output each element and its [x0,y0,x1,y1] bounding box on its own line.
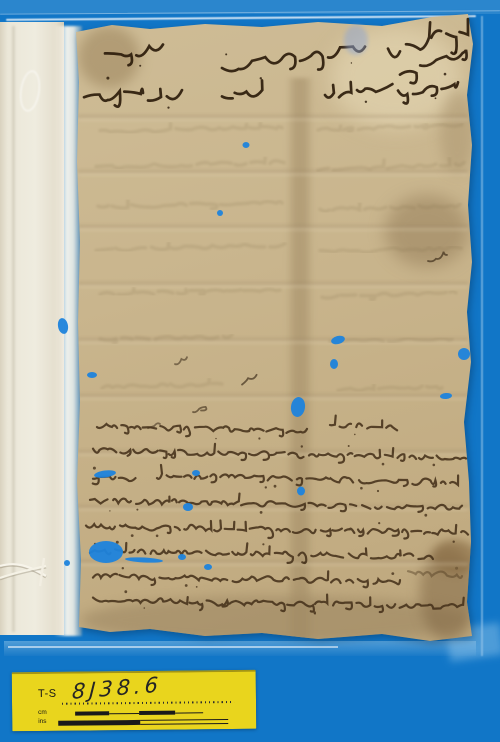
blue-repair-spot [330,359,338,369]
manuscript-photo: T-S 8J38.6 cm ins [0,0,500,742]
script-line-faint [100,288,280,295]
inch-scale-bar [140,723,228,725]
script-line-mark [193,407,206,412]
blue-repair-spot [183,503,193,511]
cm-scale-bar [75,711,109,715]
blue-repair-spot [217,210,223,216]
cm-scale-bar [175,712,203,713]
script-line-hebrew [93,595,464,612]
script-line-faint [318,158,464,170]
blue-repair-spot [204,564,212,570]
blue-repair-spot [125,557,163,564]
script-line-hebrew [93,571,400,587]
diacritic-dot [455,567,458,570]
script-line-arabic [105,45,163,66]
diacritic-dot [365,101,367,103]
script-line-faint [338,385,442,391]
diacritic-dot [454,51,457,54]
blue-repair-spot [330,334,346,345]
blue-repair-spot [290,396,307,418]
diacritic-dot [301,445,303,447]
diacritic-dot [258,437,260,439]
diacritic-dot [106,77,109,80]
diacritic-dot [260,511,263,514]
blue-repair-spot [64,560,70,566]
diacritic-dot [348,445,350,447]
diacritic-dot [360,487,363,490]
diacritic-dot [185,584,188,587]
diacritic-dot [304,561,306,563]
script-line-hebrew [157,465,458,487]
diacritic-dot [122,567,124,569]
blue-repair-spot [178,554,186,560]
script-line-hebrew [90,494,462,512]
script-line-hebrew [97,424,307,436]
diacritic-dot [136,509,138,511]
script-line-mark [242,375,257,385]
diacritic-dot [274,485,277,488]
diacritic-dot [351,62,352,63]
diacritic-dot [139,65,141,67]
script-line-faint [322,291,456,299]
script-line-arabic [398,82,458,103]
diacritic-dot [377,490,379,492]
script-line-hebrew [86,521,468,539]
diacritic-dot [391,572,394,575]
script-line-faint [96,158,284,168]
manuscript-ink-layer [0,0,500,742]
script-line-faint [320,247,461,252]
diacritic-dot [167,107,169,109]
diacritic-dot [109,510,110,511]
script-line-faint [320,203,460,211]
blue-repair-spot [458,348,470,360]
script-line-hebrew [330,416,397,431]
script-line-faint [98,200,282,208]
ins-unit-label: ins [38,718,46,725]
script-line-mark [428,252,447,262]
diacritic-dot [354,434,356,436]
script-line-faint [100,123,282,132]
diacritic-dot [196,586,198,588]
shelfmark-label: T-S 8J38.6 cm ins [12,670,257,732]
script-line-arabic [222,81,262,99]
diacritic-dot [265,486,267,488]
diacritic-dot [433,464,436,467]
diacritic-dot [453,541,455,543]
script-line-arabic [148,89,182,101]
collection-prefix: T-S [38,688,57,700]
script-line-faint [100,335,232,343]
blue-repair-spot [297,487,305,496]
script-line-arabic [222,54,295,71]
diacritic-dot [435,97,437,99]
script-line-faint [330,338,452,342]
blue-repair-spot [440,392,452,399]
diacritic-dot [144,607,146,609]
blue-repair-spot [57,317,70,334]
cm-scale-bar [139,711,175,715]
blue-repair-spot [192,470,200,476]
script-line-faint [96,243,285,251]
blue-repair-spot [87,372,97,378]
script-line-arabic [84,89,143,107]
script-line-hebrew [408,571,462,578]
diacritic-dot [424,514,427,517]
script-line-arabic [400,50,467,83]
diacritic-dot [378,522,380,524]
diacritic-dot [225,53,227,55]
cm-scale-bar [109,712,139,714]
script-line-arabic [325,82,392,98]
script-line-hebrew [93,444,466,463]
blue-repair-spot [89,541,123,563]
diacritic-dot [93,467,96,470]
diacritic-dot [124,590,127,593]
blue-stamp-smudge [344,25,368,55]
script-line-faint [318,124,462,131]
diacritic-dot [444,73,447,76]
diacritic-dot [262,543,264,545]
diacritic-dot [215,438,216,439]
inch-scale-bar [140,719,228,721]
blue-repair-spot [243,142,250,148]
cm-unit-label: cm [38,709,47,716]
script-line-faint [102,379,222,388]
diacritic-dot [156,535,159,538]
diacritic-dot [131,534,134,537]
diacritic-dot [260,77,262,79]
handwritten-classmark: 8J38.6 [71,672,162,703]
diacritic-dot [314,613,316,615]
script-line-mark [175,357,187,364]
diacritic-dot [382,463,385,466]
inch-scale-bar [58,720,140,725]
